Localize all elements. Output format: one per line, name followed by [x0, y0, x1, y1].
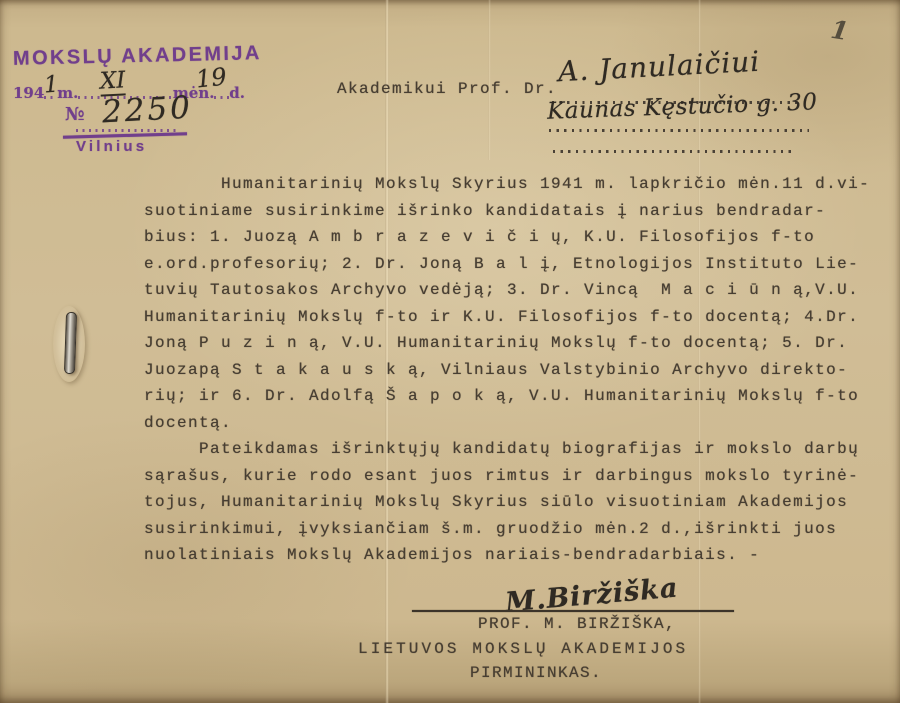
hand-document-number: 2250 — [101, 90, 194, 131]
dotted-line — [214, 96, 229, 99]
body-line: suotiniame susirinkime išrinko kandidata… — [144, 198, 870, 225]
body-line: bius: 1. Juozą A m b r a z e v i č i ų, … — [144, 224, 870, 251]
body-line: docentą. — [144, 410, 870, 437]
hand-year: 1 — [43, 72, 59, 99]
body-line: susirinkimui, įvyksiančiam š.m. gruodžio… — [144, 516, 870, 543]
body-line: sąrašus, kurie rodo esant juos rimtus ir… — [144, 463, 870, 490]
hand-addressee-name: A. Janulaičiui — [557, 45, 761, 89]
dotted-line — [76, 129, 180, 132]
hand-day: 19 — [195, 62, 228, 93]
body-line: Humanitarinių Mokslų Skyrius 1941 m. lap… — [144, 171, 870, 198]
body-line: e.ord.profesorių; 2. Dr. Joną B a l į, E… — [144, 251, 870, 278]
body-line: rių; ir 6. Dr. Adolfą Š a p o k ą, V.U. … — [144, 383, 870, 410]
signer-organization: LIETUVOS MOKSLŲ AKADEMIJOS — [358, 640, 688, 658]
dotted-line — [553, 150, 791, 153]
stamp-city: Vilnius — [76, 138, 147, 155]
stamp-d-label: d. — [229, 84, 245, 102]
body-line: Juozapą S t a k a u s k ą, Vilniaus Vals… — [144, 357, 870, 384]
hand-addressee-address: Kaunas Kęstučio g. 30 — [547, 89, 818, 124]
body-line: tuvių Tautosakos Archyvo vedėją; 3. Dr. … — [144, 277, 870, 304]
body-line: Humanitarinių Mokslų f-to ir K.U. Filoso… — [144, 304, 870, 331]
stamp-m-label: m. — [57, 84, 78, 102]
document-page: 1 MOKSLŲ AKADEMIJA 194 m. mėn. d. 1 XI 1… — [0, 0, 900, 703]
dotted-line — [549, 129, 809, 132]
body-line: nuolatiniais Mokslų Akademijos nariais-b… — [144, 542, 870, 569]
stamp-year-prefix: 194 — [13, 84, 44, 102]
stamp-number-symbol: № — [65, 104, 85, 125]
body-line: tojus, Humanitarinių Mokslų Skyrius siūl… — [144, 489, 870, 516]
body-line: Pateikdamas išrinktųjų kandidatų biograf… — [144, 436, 870, 463]
letter-body: Humanitarinių Mokslų Skyrius 1941 m. lap… — [144, 171, 870, 569]
signer-title: PIRMININKAS. — [470, 664, 602, 682]
signature-rule — [412, 610, 734, 612]
addressee-label: Akademikui Prof. Dr. — [337, 80, 557, 98]
staple — [64, 312, 77, 374]
body-line: Joną P u z i n ą, V.U. Humanitarinių Mok… — [144, 330, 870, 357]
signer-name: PROF. M. BIRŽIŠKA, — [478, 615, 676, 633]
page-number: 1 — [829, 15, 851, 46]
